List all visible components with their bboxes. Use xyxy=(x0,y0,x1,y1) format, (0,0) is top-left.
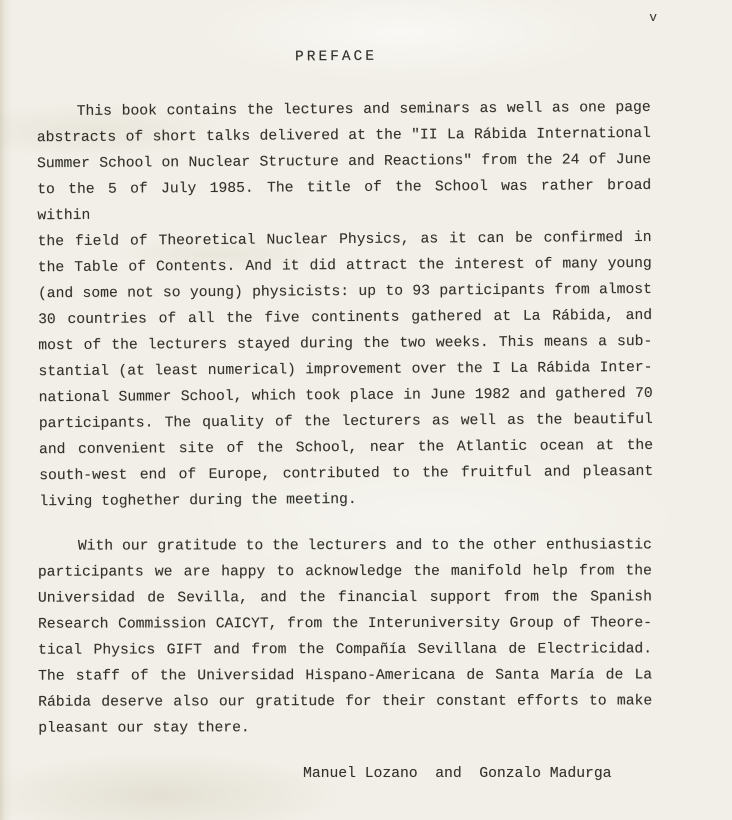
scanned-page: v PREFACE This book contains the lecture… xyxy=(0,0,732,820)
paragraph: With our gratitude to the lecturers and … xyxy=(38,532,652,741)
text-line: Universidad de Sevilla, and the financia… xyxy=(38,584,652,611)
text-line: tical Physics GIFT and from the Compañía… xyxy=(38,636,652,663)
page-content: PREFACE This book contains the lectures … xyxy=(38,0,652,782)
preface-body: This book contains the lectures and semi… xyxy=(38,97,652,741)
text-line: to the 5 of July 1985. The title of the … xyxy=(37,173,651,229)
paragraph: This book contains the lectures and semi… xyxy=(37,95,654,515)
text-line: Research Commission CAICYT, from the Int… xyxy=(38,610,652,637)
signature-line: Manuel Lozano and Gonzalo Madurga xyxy=(303,766,652,782)
text-line: The staff of the Universidad Hispano-Ame… xyxy=(38,662,652,689)
text-line: With our gratitude to the lecturers and … xyxy=(38,532,652,559)
text-line: participants we are happy to acknowledge… xyxy=(38,558,652,585)
text-line: living toghether during the meeting. xyxy=(39,485,653,515)
text-line: Rábida deserve also our gratitude for th… xyxy=(38,688,652,715)
text-line: south-west end of Europe, contributed to… xyxy=(39,459,653,489)
page-title: PREFACE xyxy=(29,47,643,67)
text-line: pleasant our stay there. xyxy=(38,714,652,741)
